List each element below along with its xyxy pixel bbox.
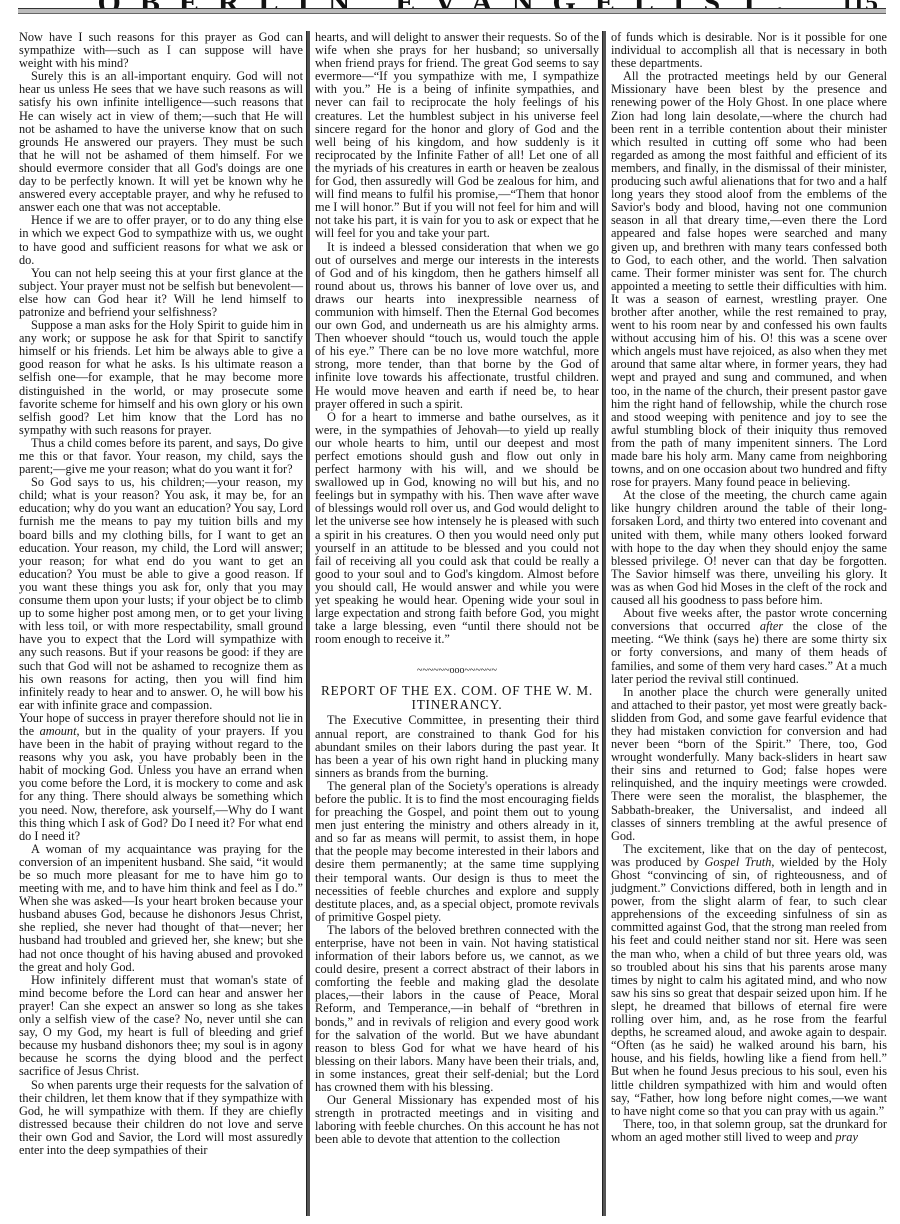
page-header: OBERLIN EVANGELIST. 115 (0, 0, 900, 20)
column-1: Now have I such reasons for this prayer … (19, 31, 303, 1216)
paragraph: O for a heart to immerse and bathe ourse… (315, 411, 599, 647)
paragraph-excitement: The excitement, like that on the day of … (611, 843, 887, 1118)
paragraph: A woman of my acquaintance was praying f… (19, 843, 303, 974)
emphasis: pray (835, 1130, 858, 1144)
paragraph: It is indeed a blessed consideration tha… (315, 241, 599, 411)
section-divider: ~~~~~~ooo~~~~~~ (315, 666, 599, 676)
paragraph: All the protracted meetings held by our … (611, 70, 887, 489)
paragraph: hearts, and will delight to answer their… (315, 31, 599, 241)
emphasis: Gospel Truth (704, 855, 771, 869)
paragraph: So when parents urge their requests for … (19, 1079, 303, 1158)
column-divider (306, 31, 310, 1216)
paragraph: of funds which is desirable. Nor is it p… (611, 31, 887, 70)
paragraph: So God says to us, his children;—your re… (19, 476, 303, 712)
paragraph: Suppose a man asks for the Holy Spirit t… (19, 319, 303, 437)
paragraph-after: About five weeks after, the pastor wrote… (611, 607, 887, 686)
paragraph-hope: Your hope of success in prayer therefore… (19, 712, 303, 843)
paragraph: Surely this is an all-important enquiry.… (19, 70, 303, 214)
emphasis: amount (40, 724, 77, 738)
paragraph: The Executive Committee, in presenting t… (315, 714, 599, 779)
paragraph: At the close of the meeting, the church … (611, 489, 887, 607)
header-rule (18, 8, 886, 14)
paragraph: Our General Missionary has expended most… (315, 1094, 599, 1146)
column-2: hearts, and will delight to answer their… (315, 31, 599, 1216)
paragraph: The labors of the beloved brethren conne… (315, 924, 599, 1094)
column-divider (602, 31, 606, 1216)
paragraph: Hence if we are to offer prayer, or to d… (19, 214, 303, 266)
report-heading: REPORT OF THE EX. COM. OF THE W. M. ITIN… (315, 684, 599, 712)
emphasis: after (760, 619, 783, 633)
paragraph: Now have I such reasons for this prayer … (19, 31, 303, 70)
column-3: of funds which is desirable. Nor is it p… (611, 31, 887, 1216)
paragraph: In another place the church were general… (611, 686, 887, 843)
article-columns: Now have I such reasons for this prayer … (19, 31, 887, 1216)
paragraph: Thus a child comes before its parent, an… (19, 437, 303, 476)
paragraph: The general plan of the Society's operat… (315, 780, 599, 924)
paragraph-last: There, too, in that solemn group, sat th… (611, 1118, 887, 1144)
paragraph: You can not help seeing this at your fir… (19, 267, 303, 319)
paragraph: How infinitely different must that woman… (19, 974, 303, 1079)
